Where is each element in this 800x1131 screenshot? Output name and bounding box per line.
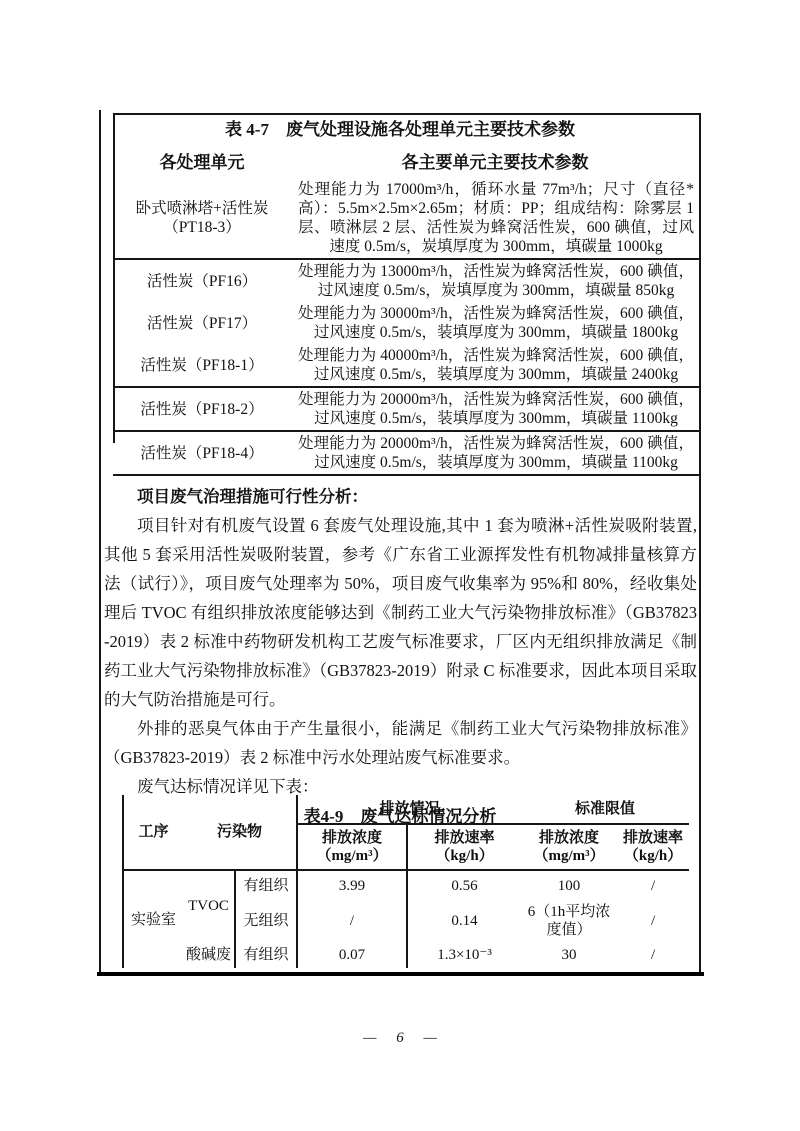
table49-header-limit-conc: 排放浓度 （mg/m³） xyxy=(521,824,617,870)
table49-header-process: 工序 xyxy=(123,795,183,870)
page-content: 表 4-7 废气处理设施各处理单元主要技术参数 各处理单元 各主要单元主要技术参… xyxy=(101,116,699,970)
table47-unit-cell: 卧式喷淋塔+活性炭 （PT18-3） xyxy=(113,178,291,259)
table47-params-cell: 处理能力为 20000m³/h，活性炭为蜂窝活性炭，600 碘值，过风速度 0.… xyxy=(291,387,699,431)
column-label: 排放浓度 xyxy=(521,829,617,847)
table49-conc-cell: 3.99 xyxy=(297,870,407,901)
table49-header-emission-group: 排放情况 xyxy=(297,795,521,824)
analysis-heading: 项目废气治理措施可行性分析： xyxy=(104,482,697,511)
analysis-paragraph-1: 项目针对有机废气设置 6 套废气处理设施,其中 1 套为喷淋+活性炭吸附装置,其… xyxy=(104,511,697,714)
table47-params-cell: 处理能力为 40000m³/h，活性炭为蜂窝活性炭，600 碘值，过风速度 0.… xyxy=(291,344,699,387)
table49-type-cell: 有组织 xyxy=(235,870,297,901)
table49-rate-cell: 0.14 xyxy=(407,901,521,941)
table49-pollutant-cell: TVOC xyxy=(183,870,235,941)
table-row: 活性炭（PF18-1） 处理能力为 40000m³/h，活性炭为蜂窝活性炭，60… xyxy=(113,344,699,387)
table49-limit-rate-cell: / xyxy=(617,901,689,941)
table47-unit-cell: 活性炭（PF17） xyxy=(113,302,291,344)
frame-bottom-border xyxy=(97,972,704,976)
document-page: 表 4-7 废气处理设施各处理单元主要技术参数 各处理单元 各主要单元主要技术参… xyxy=(0,0,800,1131)
column-unit: （kg/h） xyxy=(408,847,521,865)
table-row: 活性炭（PF17） 处理能力为 30000m³/h，活性炭为蜂窝活性炭，600 … xyxy=(113,302,699,344)
table49-rate-cell: 1.3×10⁻³ xyxy=(407,941,521,968)
table-row: 活性炭（PF18-4） 处理能力为 20000m³/h，活性炭为蜂窝活性炭，60… xyxy=(113,431,699,475)
table49-type-cell: 无组织 xyxy=(235,901,297,941)
table49-conc-cell: 0.07 xyxy=(297,941,407,968)
frame-right-border xyxy=(699,113,701,974)
table47-unit-cell: 活性炭（PF18-4） xyxy=(113,431,291,475)
column-unit: （mg/m³） xyxy=(521,847,617,865)
table49-header-limit-rate: 排放速率 （kg/h） xyxy=(617,824,689,870)
table-row: 实验室 TVOC 有组织 3.99 0.56 100 / xyxy=(123,870,689,901)
table49-header-emission-conc: 排放浓度 （mg/m³） xyxy=(297,824,407,870)
column-unit: （kg/h） xyxy=(617,847,689,865)
table47-title: 表 4-7 废气处理设施各处理单元主要技术参数 xyxy=(101,118,699,142)
table47-params-cell: 处理能力为 17000m³/h，循环水量 77m³/h；尺寸（直径*高）：5.5… xyxy=(291,178,699,259)
table-row: 酸碱废 有组织 0.07 1.3×10⁻³ 30 / xyxy=(123,941,689,968)
table47: 各处理单元 各主要单元主要技术参数 卧式喷淋塔+活性炭 （PT18-3） 处理能… xyxy=(113,142,699,476)
table47-unit-cell: 活性炭（PF18-1） xyxy=(113,344,291,387)
table49-rate-cell: 0.56 xyxy=(407,870,521,901)
table49-limit-conc-cell: 100 xyxy=(521,870,617,901)
table49-pollutant-cell: 酸碱废 xyxy=(183,941,235,968)
table49-header-pollutant: 污染物 xyxy=(183,795,297,870)
page-number: — 6 — xyxy=(0,1030,800,1047)
table-row: 活性炭（PF16） 处理能力为 13000m³/h，活性炭为蜂窝活性炭，600 … xyxy=(113,259,699,302)
analysis-paragraph-2: 外排的恶臭气体由于产生量很小，能满足《制药工业大气污染物排放标准》（GB3782… xyxy=(104,714,697,772)
table47-params-cell: 处理能力为 13000m³/h，活性炭为蜂窝活性炭，600 碘值，过风速度 0.… xyxy=(291,259,699,302)
frame-top-border xyxy=(113,113,701,115)
table49-header-emission-rate: 排放速率 （kg/h） xyxy=(407,824,521,870)
table47-params-cell: 处理能力为 30000m³/h，活性炭为蜂窝活性炭，600 碘值，过风速度 0.… xyxy=(291,302,699,344)
table47-header-row: 各处理单元 各主要单元主要技术参数 xyxy=(113,142,699,178)
table-row: 活性炭（PF18-2） 处理能力为 20000m³/h，活性炭为蜂窝活性炭，60… xyxy=(113,387,699,431)
table49-type-cell: 有组织 xyxy=(235,941,297,968)
unit-name: 卧式喷淋塔+活性炭 xyxy=(113,199,291,218)
table-row: 卧式喷淋塔+活性炭 （PT18-3） 处理能力为 17000m³/h，循环水量 … xyxy=(113,178,699,259)
table47-unit-cell: 活性炭（PF16） xyxy=(113,259,291,302)
unit-code: （PT18-3） xyxy=(113,218,291,237)
analysis-section: 项目废气治理措施可行性分析： 项目针对有机废气设置 6 套废气处理设施,其中 1… xyxy=(101,476,699,801)
column-label: 排放浓度 xyxy=(298,829,406,847)
column-unit: （mg/m³） xyxy=(298,847,406,865)
table47-header-params: 各主要单元主要技术参数 xyxy=(291,142,699,178)
table47-params-cell: 处理能力为 20000m³/h，活性炭为蜂窝活性炭，600 碘值，过风速度 0.… xyxy=(291,431,699,475)
column-label: 排放速率 xyxy=(617,829,689,847)
table49-header-limit-group: 标准限值 xyxy=(521,795,689,824)
table49-conc-cell: / xyxy=(297,901,407,941)
column-label: 排放速率 xyxy=(408,829,521,847)
table49-group-header-row: 工序 污染物 排放情况 标准限值 xyxy=(123,795,689,824)
table49-limit-rate-cell: / xyxy=(617,941,689,968)
table49: 工序 污染物 排放情况 标准限值 排放浓度 （mg/m³） 排放速率 （kg/h… xyxy=(122,795,689,968)
table49-limit-rate-cell: / xyxy=(617,870,689,901)
table47-header-unit: 各处理单元 xyxy=(113,142,291,178)
table49-process-cell: 实验室 xyxy=(123,870,183,968)
table49-limit-conc-cell: 6（1h平均浓度值） xyxy=(521,901,617,941)
table47-unit-cell: 活性炭（PF18-2） xyxy=(113,387,291,431)
table49-limit-conc-cell: 30 xyxy=(521,941,617,968)
